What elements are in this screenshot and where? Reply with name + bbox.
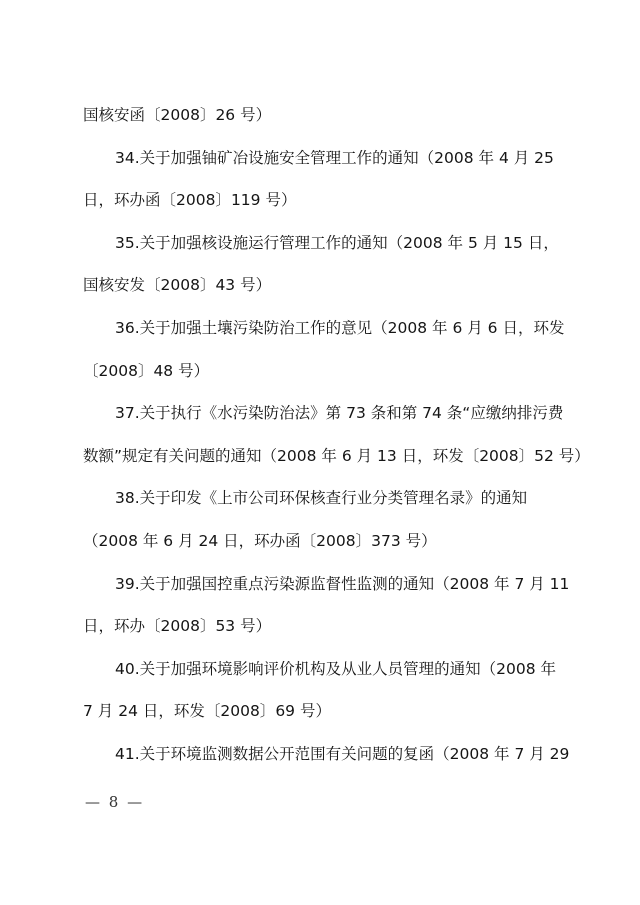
list-item-39: 39.关于加强国控重点污染源监督性监测的通知（2008 年 7 月 11: [83, 570, 561, 613]
line-text: 数额”规定有关问题的通知（2008 年 6 月 13 日，环发〔2008〕52 …: [83, 442, 590, 485]
list-item-34: 34.关于加强铀矿冶设施安全管理工作的通知（2008 年 4 月 25: [83, 144, 561, 187]
document-body: 国核安函〔2008〕26 号） 34.关于加强铀矿冶设施安全管理工作的通知（20…: [83, 101, 561, 783]
text-line: 日，环办〔2008〕53 号）: [83, 612, 561, 655]
list-item-41: 41.关于环境监测数据公开范围有关问题的复函（2008 年 7 月 29: [83, 740, 561, 783]
text-line: （2008 年 6 月 24 日，环办函〔2008〕373 号）: [83, 527, 561, 570]
document-page: 国核安函〔2008〕26 号） 34.关于加强铀矿冶设施安全管理工作的通知（20…: [0, 0, 640, 905]
line-text: 37.关于执行《水污染防治法》第 73 条和第 74 条“应缴纳排污费: [115, 399, 563, 442]
list-item-37: 37.关于执行《水污染防治法》第 73 条和第 74 条“应缴纳排污费: [83, 399, 561, 442]
line-text: 35.关于加强核设施运行管理工作的通知（2008 年 5 月 15 日，: [115, 229, 559, 272]
line-text: （2008 年 6 月 24 日，环办函〔2008〕373 号）: [83, 527, 437, 570]
text-line: 日，环办函〔2008〕119 号）: [83, 186, 561, 229]
line-text: 38.关于印发《上市公司环保核查行业分类管理名录》的通知: [115, 484, 527, 527]
text-line: 数额”规定有关问题的通知（2008 年 6 月 13 日，环发〔2008〕52 …: [83, 442, 561, 485]
line-text: 36.关于加强土壤污染防治工作的意见（2008 年 6 月 6 日，环发: [115, 314, 564, 357]
line-text: 〔2008〕48 号）: [83, 357, 209, 400]
line-text: 39.关于加强国控重点污染源监督性监测的通知（2008 年 7 月 11: [115, 570, 569, 613]
line-text: 40.关于加强环境影响评价机构及从业人员管理的通知（2008 年: [115, 655, 556, 698]
list-item-35: 35.关于加强核设施运行管理工作的通知（2008 年 5 月 15 日，: [83, 229, 561, 272]
list-item-36: 36.关于加强土壤污染防治工作的意见（2008 年 6 月 6 日，环发: [83, 314, 561, 357]
line-text: 日，环办〔2008〕53 号）: [83, 612, 271, 655]
line-text: 34.关于加强铀矿冶设施安全管理工作的通知（2008 年 4 月 25: [115, 144, 554, 187]
text-line: 〔2008〕48 号）: [83, 357, 561, 400]
list-item-38: 38.关于印发《上市公司环保核查行业分类管理名录》的通知: [83, 484, 561, 527]
line-text: 国核安函〔2008〕26 号）: [83, 101, 271, 144]
text-line: 国核安发〔2008〕43 号）: [83, 271, 561, 314]
line-text: 国核安发〔2008〕43 号）: [83, 271, 271, 314]
list-item-40: 40.关于加强环境影响评价机构及从业人员管理的通知（2008 年: [83, 655, 561, 698]
text-line: 国核安函〔2008〕26 号）: [83, 101, 561, 144]
line-text: 41.关于环境监测数据公开范围有关问题的复函（2008 年 7 月 29: [115, 740, 569, 783]
line-text: 日，环办函〔2008〕119 号）: [83, 186, 296, 229]
page-number: — 8 —: [85, 793, 144, 811]
line-text: 7 月 24 日，环发〔2008〕69 号）: [83, 697, 331, 740]
text-line: 7 月 24 日，环发〔2008〕69 号）: [83, 697, 561, 740]
